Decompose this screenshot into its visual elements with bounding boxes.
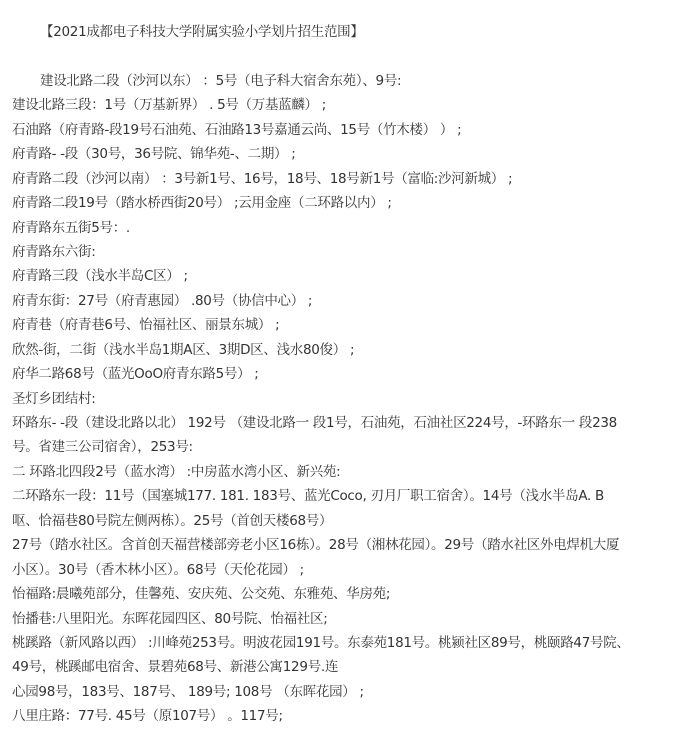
text-line: 府青路二段19号（踏水桥西街20号） ;云用金座（二环路以内） ; bbox=[12, 191, 676, 215]
text-line: 桃蹊路（新风路以西） :川峰苑253号。明波花园191号。东泰苑181号。桃颍社… bbox=[12, 631, 676, 655]
text-line: 府青路三段（浅水半岛C区） ; bbox=[12, 264, 676, 288]
text-line: 欣然-街，二街（浅水半岛1期A区、3期D区、浅水80俊） ; bbox=[12, 338, 676, 362]
text-line: 石油路（府青路-段19号石油苑、石油路13号嘉通云尚、15号（竹木楼） ） ; bbox=[12, 118, 676, 142]
document-title: 【2021成都电子科技大学附属实验小学划片招生范围】 bbox=[12, 20, 676, 44]
text-line: 府华二路68号（蓝光OoO府青东路5号） ; bbox=[12, 362, 676, 386]
text-line: 八里庄路：77号. 45号（原107号） 。117号; bbox=[12, 704, 676, 728]
text-line: 建设北路三段：1号（万基新界） . 5号（万基蓝麟） ; bbox=[12, 93, 676, 117]
text-line: 建设北路二段（沙河以东） ：5号（电子科大宿舍东苑）、9号: bbox=[12, 69, 676, 93]
text-line: 府青东街：27号（府青惠园） .80号（协信中心） ; bbox=[12, 289, 676, 313]
text-line: 府青路- -段（30号，36号院、锦华苑-、二期） ; bbox=[12, 142, 676, 166]
text-line: 二 环路北四段2号（蓝水湾） :中房蓝水湾小区、新兴苑: bbox=[12, 460, 676, 484]
text-line: 怡福路:晨曦苑部分，佳馨苑、安庆苑、公交苑、东雅苑、华房苑; bbox=[12, 582, 676, 606]
text-line: 府青路二段（沙河以南） ：3号新1号、16号，18号、18号新1号（富临:沙河新… bbox=[12, 167, 676, 191]
text-line: 号。省建三公司宿舍），253号: bbox=[12, 435, 676, 459]
text-line: 心园98号，183号、187号、 189号; 108号 （东晖花园） ; bbox=[12, 680, 676, 704]
text-line-blank bbox=[12, 44, 676, 68]
text-line: 环路东- -段（建设北路以北） 192号 （建设北路一 段1号，石油苑，石油社区… bbox=[12, 411, 676, 435]
text-line: 府青路东五街5号：. bbox=[12, 216, 676, 240]
text-line: 49号，桃蹊邮电宿舍、景碧苑68号、新港公寓129号.连 bbox=[12, 655, 676, 679]
text-line: 小区）。30号（香木林小区）。68号（天伦花园） ; bbox=[12, 558, 676, 582]
text-line: 府青路东六街: bbox=[12, 240, 676, 264]
document-body: 【2021成都电子科技大学附属实验小学划片招生范围】 建设北路二段（沙河以东） … bbox=[12, 20, 676, 729]
text-line: 怡播巷:八里阳光。东晖花园四区、80号院、怡福社区; bbox=[12, 607, 676, 631]
text-line: 呕、恰福巷80号院左侧两栋）。25号（首创天楼68号） bbox=[12, 509, 676, 533]
text-line: 二环路东一段：11号（国塞城177. 181. 183号、蓝光Coco, 刃月厂… bbox=[12, 484, 676, 508]
text-line: 府青巷（府青巷6号、怡福社区、丽景东城） ; bbox=[12, 313, 676, 337]
text-line: 27号（踏水社区。含首创天福营楼部旁老小区16栋）。28号（湘林花园）。29号（… bbox=[12, 533, 676, 557]
text-line: 圣灯乡团结村: bbox=[12, 387, 676, 411]
